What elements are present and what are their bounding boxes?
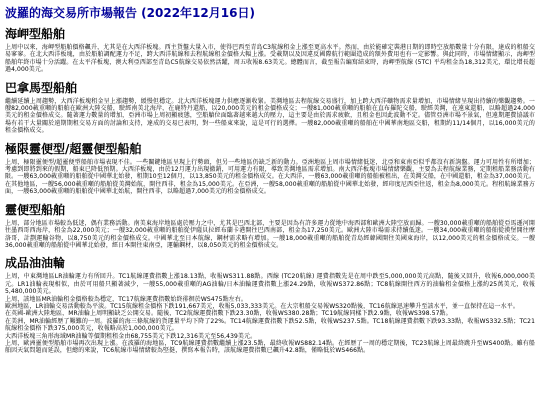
section-paragraph: 上周，部分地區市場較為低迷，偶有業務活動。南美東海岸地區處於壓力之中，尤其是巴西… — [5, 220, 535, 250]
section-paragraph: 上周，該地區MR油輪租金價格較為穩定，TC17航線運費指數始終徘徊於WS475點… — [5, 296, 535, 303]
section-handysize: 靈便型船舶 上周，部分地區市場較為低迷，偶有業務活動。南美東海岸地區處於壓力之中… — [5, 203, 535, 250]
section-paragraph: 上周，極限靈便型/超靈便型船舶市場表現不佳。一些關鍵地區呈現上行勢頭，但另一些地… — [5, 159, 535, 196]
section-paragraph: 在英國-歐洲大陸地區，MR油輪上周明顯缺乏公開交易。隨後，TC2航線運費指數下跌… — [5, 310, 535, 317]
section-paragraph: 上周，中東灣地區LR油輪運力有所回升。TC1航線運費指數上漲18.13點，收報W… — [5, 273, 535, 295]
section-paragraph: 大西洋板塊三角形海域MR油輪等價期租租金由68,755美元下跌12,316美元至… — [5, 333, 535, 340]
report-title: 波羅的海交易所市場報告 (2022年12月16日) — [5, 6, 535, 20]
section-panamax: 巴拿馬型船舶 繼續延續上周趨勢，大西洋板塊租金呈上漲趨勢，緩慢但穩定。北大西洋板… — [5, 81, 535, 135]
section-paragraph: 上周，歐洲靈便型船舶市場再次出現上漲。在波羅的海地區，TC9航線運費指數繼續上漲… — [5, 340, 535, 355]
section-paragraph: 在美洲，MR油輪經歷了艱難的一周。波羅的海三條航線的貨運量平均下降了22%。TC… — [5, 318, 535, 333]
section-product-tankers: 成品油油輪 上周，中東灣地區LR油輪運力有所回升。TC1航線運費指數上漲18.1… — [5, 256, 535, 354]
section-paragraph: 繼續延續上周趨勢，大西洋板塊租金呈上漲趨勢，緩慢但穩定。北大西洋板塊運力供應逐漸… — [5, 98, 535, 135]
report-page: 波羅的海交易所市場報告 (2022年12月16日) 海岬型船舶 上周中以來，海岬… — [0, 0, 540, 405]
section-heading-product-tankers: 成品油油輪 — [5, 256, 535, 270]
section-ultramax-supramax: 極限靈便型/超靈便型船舶 上周，極限靈便型/超靈便型船舶市場表現不佳。一些關鍵地… — [5, 142, 535, 196]
section-heading-ultramax-supramax: 極限靈便型/超靈便型船舶 — [5, 142, 535, 156]
section-heading-capesize: 海岬型船舶 — [5, 27, 535, 41]
section-capesize: 海岬型船舶 上周中以來，海岬型船舶價格飆升，尤其是在大西洋板塊。西主貨盤大量入市… — [5, 27, 535, 74]
section-paragraph: 上周中以來，海岬型船舶價格飆升，尤其是在大西洋板塊。西主貨盤大量入市，使得巴西至… — [5, 44, 535, 74]
section-heading-handysize: 靈便型船舶 — [5, 203, 535, 217]
section-heading-panamax: 巴拿馬型船舶 — [5, 81, 535, 95]
